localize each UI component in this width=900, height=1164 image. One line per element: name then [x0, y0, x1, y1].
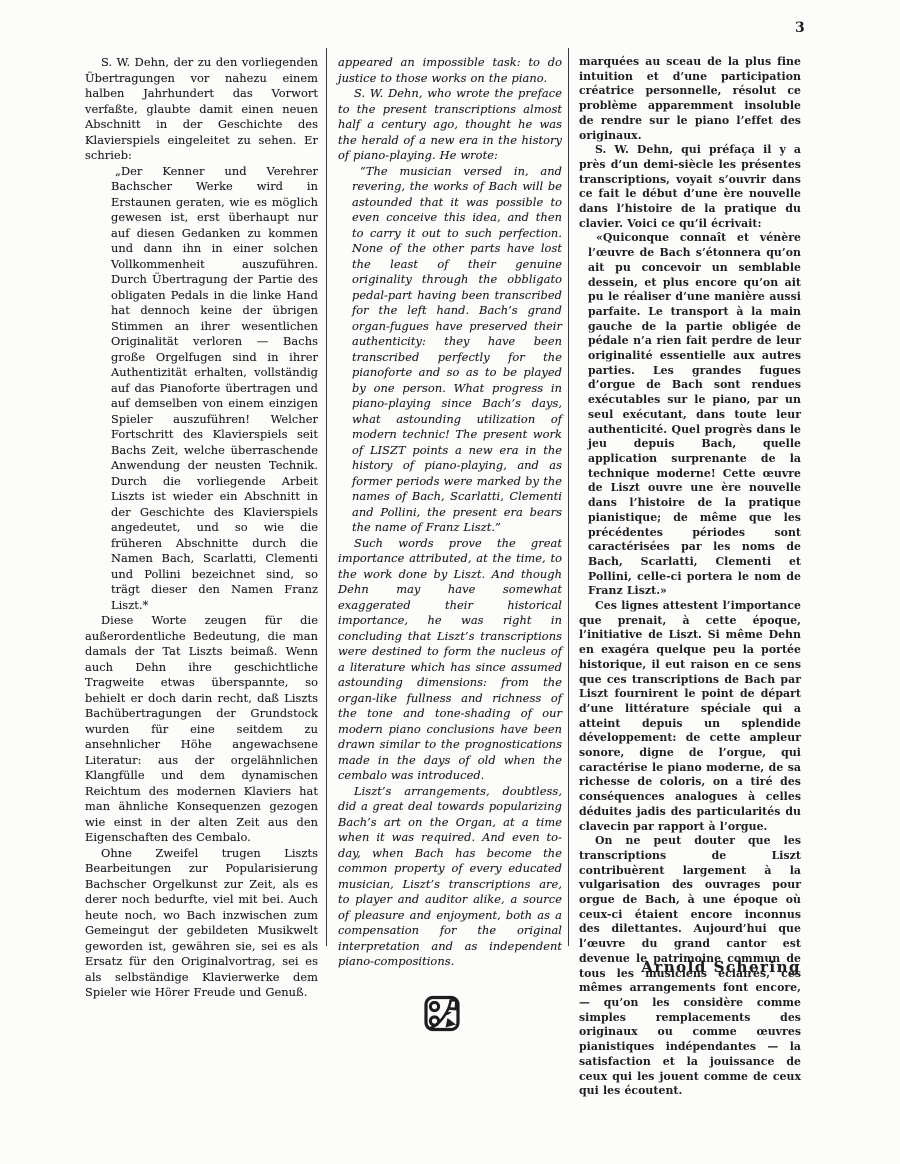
paragraph-english-comment: Such words prove the great importance at… — [338, 536, 562, 784]
author-signature: Arnold Schering — [579, 958, 801, 976]
paragraph-german-intro: S. W. Dehn, der zu den vorliegenden Über… — [85, 55, 318, 164]
column-divider-right — [568, 48, 569, 946]
column-english: appeared an impossible task: to do justi… — [338, 55, 562, 970]
paragraph-french-continuation: marquées au sceau de la plus fine intuit… — [579, 55, 801, 143]
paragraph-english-intro: S. W. Dehn, who wrote the preface to the… — [338, 86, 562, 164]
paragraph-french-quote: «Quiconque connaît et vénère l’œuvre de … — [588, 231, 801, 599]
paragraph-german-comment: Diese Worte zeugen für die außerordentli… — [85, 613, 318, 846]
paragraph-english-quote: “The musician versed in, and revering, t… — [352, 164, 562, 536]
column-german: S. W. Dehn, der zu den vorliegenden Über… — [85, 55, 318, 1001]
paragraph-french-intro: S. W. Dehn, qui préfaça il y a près d’un… — [579, 143, 801, 231]
paragraph-english-continuation: appeared an impossible task: to do justi… — [338, 55, 562, 86]
paragraph-english-closing: Liszt’s arrangements, doubtless, did a g… — [338, 784, 562, 970]
document-page: 3 S. W. Dehn, der zu den vorliegenden Üb… — [0, 0, 900, 1164]
paragraph-french-comment: Ces lignes attestent l’importance que pr… — [579, 599, 801, 834]
page-number: 3 — [795, 20, 805, 36]
paragraph-german-closing: Ohne Zweifel trugen Liszts Bearbeitungen… — [85, 846, 318, 1001]
publisher-mark-icon — [424, 995, 460, 1033]
column-divider-left — [326, 48, 327, 946]
column-french: marquées au sceau de la plus fine intuit… — [579, 55, 801, 1099]
paragraph-german-quote: „Der Kenner und Verehrer Bachscher Werke… — [111, 164, 318, 614]
